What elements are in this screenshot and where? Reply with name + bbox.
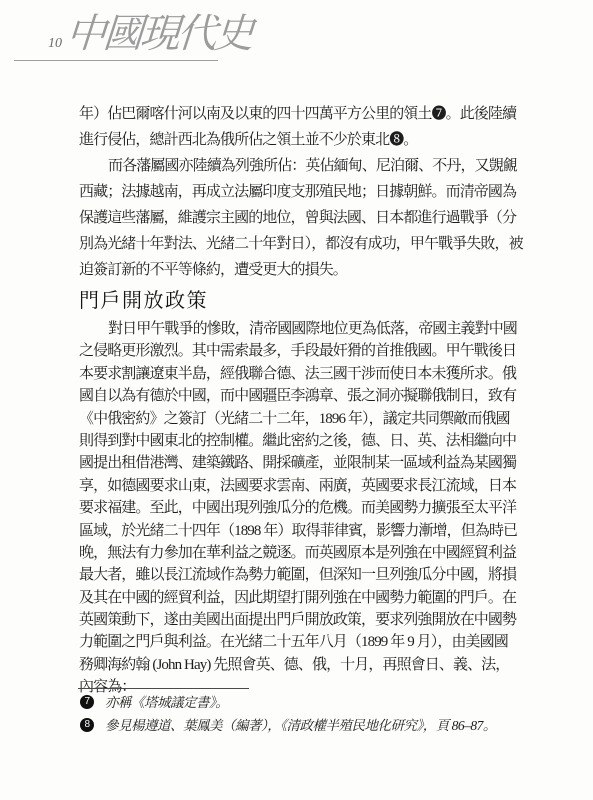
text-line: 而各藩屬國亦陸續為列強所佔：英佔緬甸、尼泊爾、不丹，又覬覦: [79, 153, 523, 179]
footnote-7: 7 亦稱《塔城議定書》。: [80, 691, 550, 714]
text-block: 年）佔巴爾喀什河以南及以東的四十四萬平方公里的領土❼。此後陸續 進行侵佔，總計西…: [79, 101, 523, 699]
text-line: 年）佔巴爾喀什河以南及以東的四十四萬平方公里的領土❼。此後陸續: [79, 101, 523, 127]
section-heading: 門戶開放政策: [79, 286, 523, 316]
paragraph-tributaries: 而各藩屬國亦陸續為列強所佔：英佔緬甸、尼泊爾、不丹，又覬覦 西藏；法據越南，再成…: [79, 153, 523, 283]
header-rule: [14, 60, 218, 61]
text-line: 進行侵佔，總計西北為俄所佔之領土並不少於東北❽。: [79, 127, 523, 153]
text-line: 國自以為有德於中國，而中國疆臣李鴻章、張之洞亦擬聯俄制日，致有: [79, 385, 523, 407]
footnote-7-marker-icon: 7: [80, 695, 94, 709]
paragraph-open-door-policy: 對日甲午戰爭的慘敗，清帝國國際地位更為低落，帝國主義對中國 之侵略更形激烈。其中…: [79, 318, 523, 699]
text-line: 國提出租借港灣、建築鐵路、開採礦產，並限制某一區域利益為某國獨: [79, 452, 523, 474]
text-line: 英國策動下，遂由美國出面提出門戶開放政策，要求列強開放在中國勢: [79, 609, 523, 631]
text-line: 西藏；法據越南，再成立法屬印度支那殖民地；日據朝鮮。而清帝國為: [79, 179, 523, 205]
text-line: 區域，於光緒二十四年（1898 年）取得菲律賓，影響力漸增，但為時已: [79, 520, 523, 542]
footnote-8-marker-icon: 8: [80, 718, 94, 732]
text-line: 力範圍之門戶與利益。在光緒二十五年八月（1899 年 9 月），由美國國: [79, 631, 523, 653]
footnote-8-text: 參見楊遵道、葉鳳美（編著），《清政權半殖民地化研究》，頁 86–87。: [105, 714, 496, 737]
text-line: 晚，無法有力參加在華利益之競逐。而英國原本是列強在中國經貿利益: [79, 542, 523, 564]
text-line: 別為光緒十年對法、光緒二十年對日），都沒有成功，甲午戰爭失敗，被: [79, 231, 523, 257]
text-line: 最大者，雖以長江流域作為勢力範圍，但深知一旦列強瓜分中國，將損: [79, 564, 523, 586]
paragraph-continuation: 年）佔巴爾喀什河以南及以東的四十四萬平方公里的領土❼。此後陸續 進行侵佔，總計西…: [79, 101, 523, 153]
text-line: 本要求割讓遼東半島，經俄聯合德、法三國干涉而使日本未獲所求。俄: [79, 363, 523, 385]
footnotes: 7 亦稱《塔城議定書》。 8 參見楊遵道、葉鳳美（編著），《清政權半殖民地化研究…: [80, 691, 550, 737]
footnote-8: 8 參見楊遵道、葉鳳美（編著），《清政權半殖民地化研究》，頁 86–87。: [80, 714, 550, 737]
text-line: 要求福建。至此，中國出現列強瓜分的危機。而美國勢力擴張至太平洋: [79, 497, 523, 519]
page-number: 10: [48, 36, 62, 52]
text-line: 《中俄密約》之簽訂（光緒二十二年，1896 年），議定共同禦敵而俄國: [79, 408, 523, 430]
text-line: 享，如德國要求山東，法國要求雲南、兩廣，英國要求長江流域，日本: [79, 475, 523, 497]
text-line: 及其在中國的經貿利益，因此期望打開列強在中國勢力範圍的門戶。在: [79, 587, 523, 609]
book-title-calligraphy: 中國現代史: [64, 8, 253, 60]
text-line: 對日甲午戰爭的慘敗，清帝國國際地位更為低落，帝國主義對中國: [79, 318, 523, 340]
book-page: 10 中國現代史 年）佔巴爾喀什河以南及以東的四十四萬平方公里的領土❼。此後陸續…: [0, 0, 593, 800]
text-line: 務卿海約翰 (John Hay) 先照會英、德、俄，十月，再照會日、義、法，: [79, 654, 523, 676]
text-line: 則得到對中國東北的控制權。繼此密約之後，德、日、英、法相繼向中: [79, 430, 523, 452]
text-line: 保護這些藩屬，維護宗主國的地位，曾與法國、日本都進行過戰爭（分: [79, 205, 523, 231]
text-line: 迫簽訂新的不平等條約，遭受更大的損失。: [79, 257, 523, 283]
footnote-separator-rule: [78, 688, 249, 689]
footnote-7-text: 亦稱《塔城議定書》。: [105, 691, 228, 714]
text-line: 之侵略更形激烈。其中需索最多，手段最奸猾的首推俄國。甲午戰後日: [79, 340, 523, 362]
